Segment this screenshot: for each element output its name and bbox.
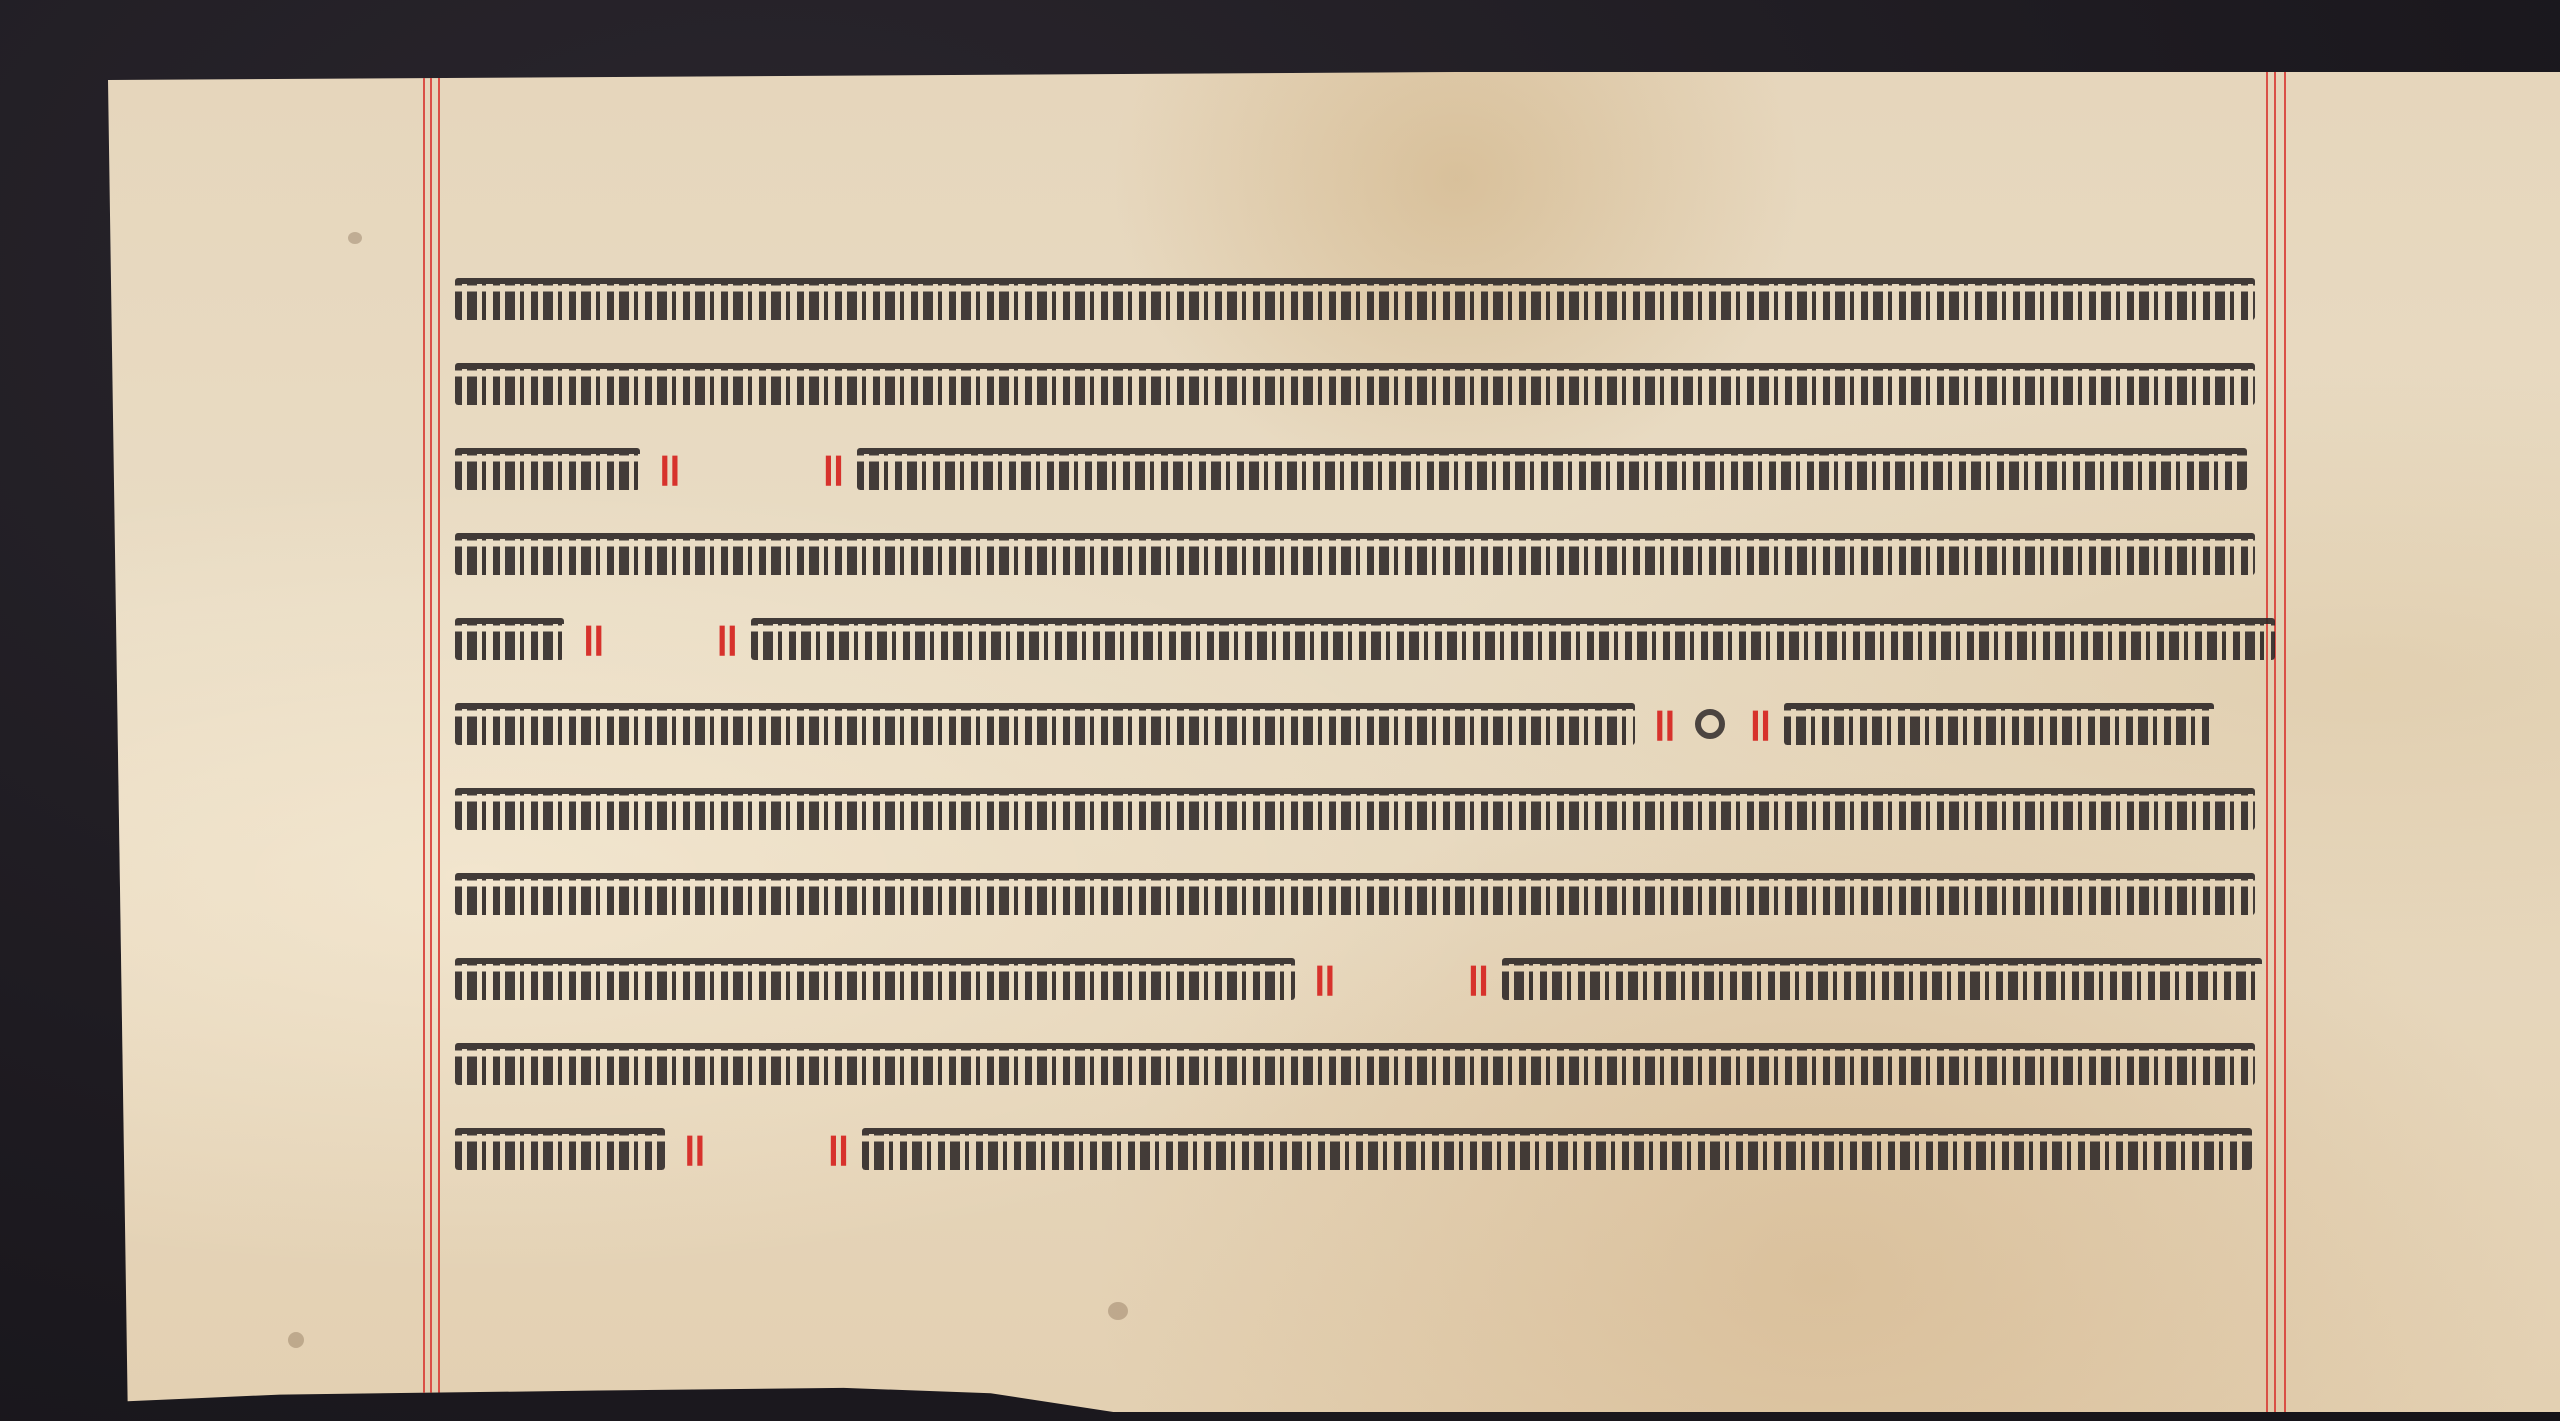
danda-mark: ॥ [675, 1126, 709, 1172]
script-line: ॥ ॥ [455, 1106, 2275, 1191]
danda-mark: ॥ [814, 446, 848, 492]
script-line: ॥ ॥ [455, 426, 2275, 511]
danda-mark: ॥ [1741, 701, 1775, 747]
script-glyph-run [455, 873, 2255, 915]
circle-mark [1695, 709, 1725, 739]
script-glyph-run [455, 448, 640, 490]
script-glyph-run [455, 788, 2255, 830]
right-margin-rule [2284, 72, 2286, 1412]
left-margin-rule [438, 72, 440, 1412]
script-glyph-run [455, 1128, 665, 1170]
script-glyph-run [455, 278, 2255, 320]
paper-stain [1108, 1302, 1128, 1320]
script-line [455, 766, 2275, 851]
danda-mark: ॥ [819, 1126, 853, 1172]
danda-mark: ॥ [1645, 701, 1679, 747]
script-glyph-run [751, 618, 2275, 660]
script-line: ॥ ॥ [455, 936, 2275, 1021]
script-glyph-run [857, 448, 2247, 490]
script-line: ॥ ॥ [455, 596, 2275, 681]
danda-mark: ॥ [707, 616, 741, 662]
script-glyph-run [455, 1043, 2255, 1085]
script-line: ॥ ॥ [455, 681, 2275, 766]
left-margin-rule [430, 72, 432, 1412]
script-line [455, 341, 2275, 426]
script-glyph-run [1784, 703, 2214, 745]
script-glyph-run [455, 703, 1635, 745]
script-glyph-run [1502, 958, 2262, 1000]
script-line [455, 1021, 2275, 1106]
paper-stain [348, 232, 362, 244]
danda-mark: ॥ [1305, 956, 1339, 1002]
script-glyph-run [455, 618, 564, 660]
paper-stain [288, 1332, 304, 1348]
script-glyph-run [455, 363, 2255, 405]
danda-mark: ॥ [574, 616, 608, 662]
left-margin-rule [423, 72, 425, 1412]
script-glyph-run [455, 958, 1295, 1000]
danda-mark: ॥ [650, 446, 684, 492]
script-glyph-run [862, 1128, 2252, 1170]
danda-mark: ॥ [1459, 956, 1493, 1002]
script-glyph-run [455, 533, 2255, 575]
script-line [455, 511, 2275, 596]
script-line [455, 256, 2275, 341]
script-line [455, 851, 2275, 936]
script-text-block: ॥ ॥ ॥ ॥ ॥ ॥ ॥ ॥ [455, 256, 2275, 1191]
